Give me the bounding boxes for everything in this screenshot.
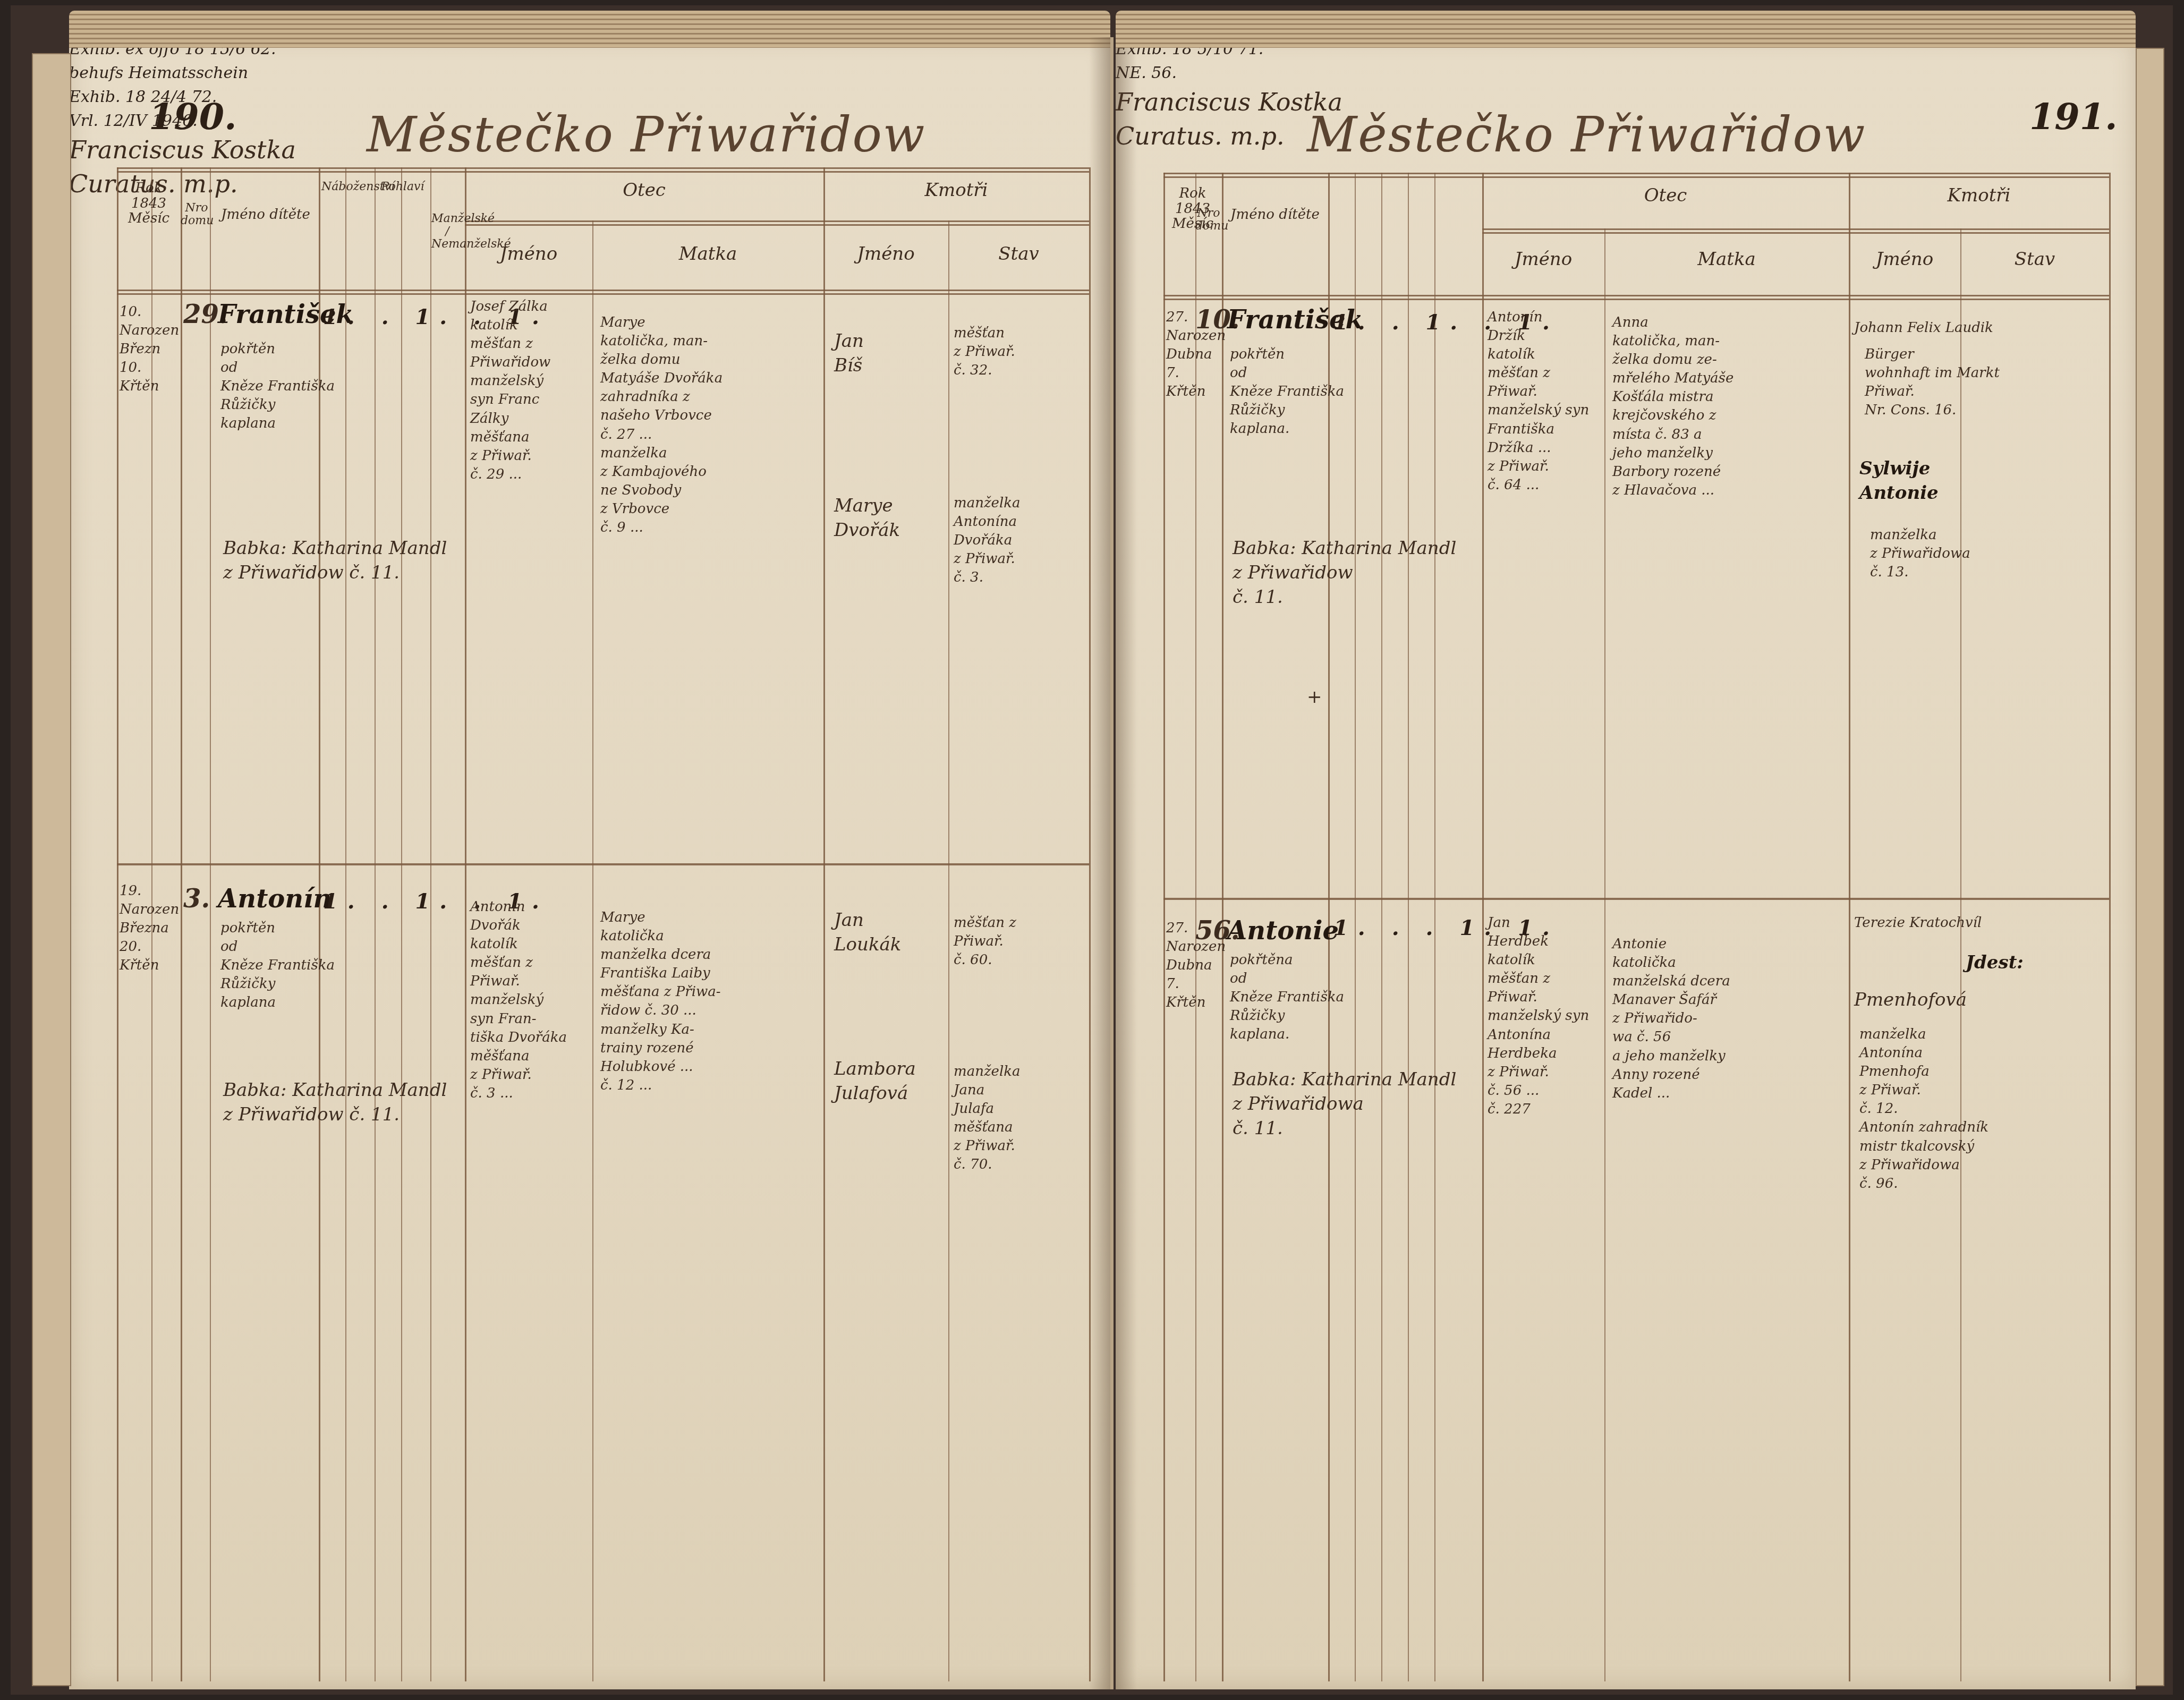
entry-mother: Marye katolička manželka dcera Františka… [600,908,821,1095]
entry-godparent1-name: Jan Loukák [834,908,901,957]
register-table [1116,37,2136,1689]
entry-child-details: pokřtěn od Kněze Františka Růžičky kapla… [220,919,335,1012]
register-table [69,37,1110,1689]
entry-child-details: pokřtěna od Kněze Františka Růžičky kapl… [1230,951,1344,1044]
header-mother: Matka [1604,250,1849,269]
entry-mother: Marye katolička, man- želka domu Matyáše… [600,313,821,537]
entry-house-no: 3. [183,882,210,916]
entry-date: 19. Narozen Března 20. Křtěn [120,882,178,975]
entry-godparent1-status: měšťan z Přiwař. č. 32. [954,324,1015,380]
header-father-name: Jméno [1482,250,1604,269]
entry-child-name: Antonín [218,882,332,916]
header-mother: Matka [592,244,823,264]
header-father-group: Otec [1482,186,1849,206]
header-father-group: Otec [465,181,823,200]
entry-godparent1-name: Jan Bíš [834,329,864,378]
header-godparents-group: Kmotři [1849,186,2109,206]
entry-date: 10. Narozen Březn 10. Křtěn [120,303,178,396]
left-page: 190. Městečko Přiwařidow Rok 1843 M [69,37,1114,1689]
header-godparent-status: Stav [1960,250,2109,269]
header-godparent-status: Stav [948,244,1089,264]
entry-godparent2-status: manželka Antonína Pmenhofa z Přiwař. č. … [1859,1025,1988,1193]
header-sex: Pohlaví [376,181,429,193]
entry-midwife: Babka: Katharina Mandl z Přiwařidow č. 1… [1233,537,1456,610]
entry-godparent2-status: manželka Antonína Dvořáka z Přiwař. č. 3… [954,494,1021,587]
right-page: Městečko Přiwařidow 191. Rok 1843 Měsíc … [1116,37,2136,1689]
right-page-stack [2136,48,2164,1686]
entry-father: Antonín Dvořák katolík měšťan z Přiwař. … [470,898,592,1103]
entry-child-details: pokřtěn od Kněze Františka Růžičky kapla… [1230,345,1344,438]
entry-godparent2-name: Pmenhofová [1854,988,1967,1013]
header-godparents-group: Kmotři [823,181,1089,200]
entry-godparent1-status: Jdest: [1966,951,2024,975]
entry-midwife: Babka: Katharina Mandl z Přiwařidow č. 1… [223,537,447,585]
entry-godparent2-name: Sylwije Antonie [1859,457,1939,506]
entry-godparent2-name: Lambora Julafová [834,1057,916,1106]
header-father-name: Jméno [465,244,592,264]
header-godparent-name: Jméno [823,244,948,264]
entry-mother: Antonie katolička manželská dcera Manave… [1612,935,1846,1103]
entry-midwife: Babka: Katharina Mandl z Přiwařidow č. 1… [223,1078,447,1127]
entry-father: Josef Zálka katolík měšťan z Přiwařidow … [470,297,592,484]
left-page-stack [32,53,71,1686]
header-date: Rok 1843 Měsíc [120,181,178,226]
entry-godparent2-status: manželka z Přiwařidowa č. 13. [1870,526,1970,582]
entry-father: Jan Herdbek katolík měšťan z Přiwař. man… [1488,914,1604,1119]
entry-godparent1-status: Bürger wohnhaft im Markt Přiwař. Nr. Con… [1865,345,2000,420]
header-house-no: Nro domu [181,202,213,227]
entry-godparent2-name: Marye Dvořák [834,494,900,543]
entry-godparent1-status: měšťan z Přiwař. č. 60. [954,914,1016,970]
entry-godparent2-status: manželka Jana Julafa měšťana z Přiwař. č… [954,1062,1021,1175]
entry-child-details: pokřtěn od Kněze Františka Růžičky kapla… [220,340,335,433]
entry-godparent1-name: Johann Felix Laudik [1854,319,1993,337]
header-religion: Náboženství [321,181,375,193]
entry-child-name: Antonie [1227,914,1339,948]
open-register-book: 190. Městečko Přiwařidow Rok 1843 M [11,5,2173,1695]
entry-father: Antonín Držík katolík měšťan z Přiwař. m… [1488,308,1604,495]
header-godparent-name: Jméno [1849,250,1960,269]
header-child-name: Jméno dítěte [215,207,316,223]
entry-mother: Anna katolička, man- želka domu ze- mřel… [1612,313,1846,500]
header-house-no: Nro domu [1195,207,1222,233]
entry-godparent1-name: Terezie Kratochvíl [1854,914,1982,932]
cross-mark: + [1307,685,1322,710]
header-child-name: Jméno dítěte [1225,207,1325,223]
entry-midwife: Babka: Katharina Mandl z Přiwařidowa č. … [1233,1068,1456,1141]
header-legitimacy: Manželské / Nemanželské [431,212,463,251]
